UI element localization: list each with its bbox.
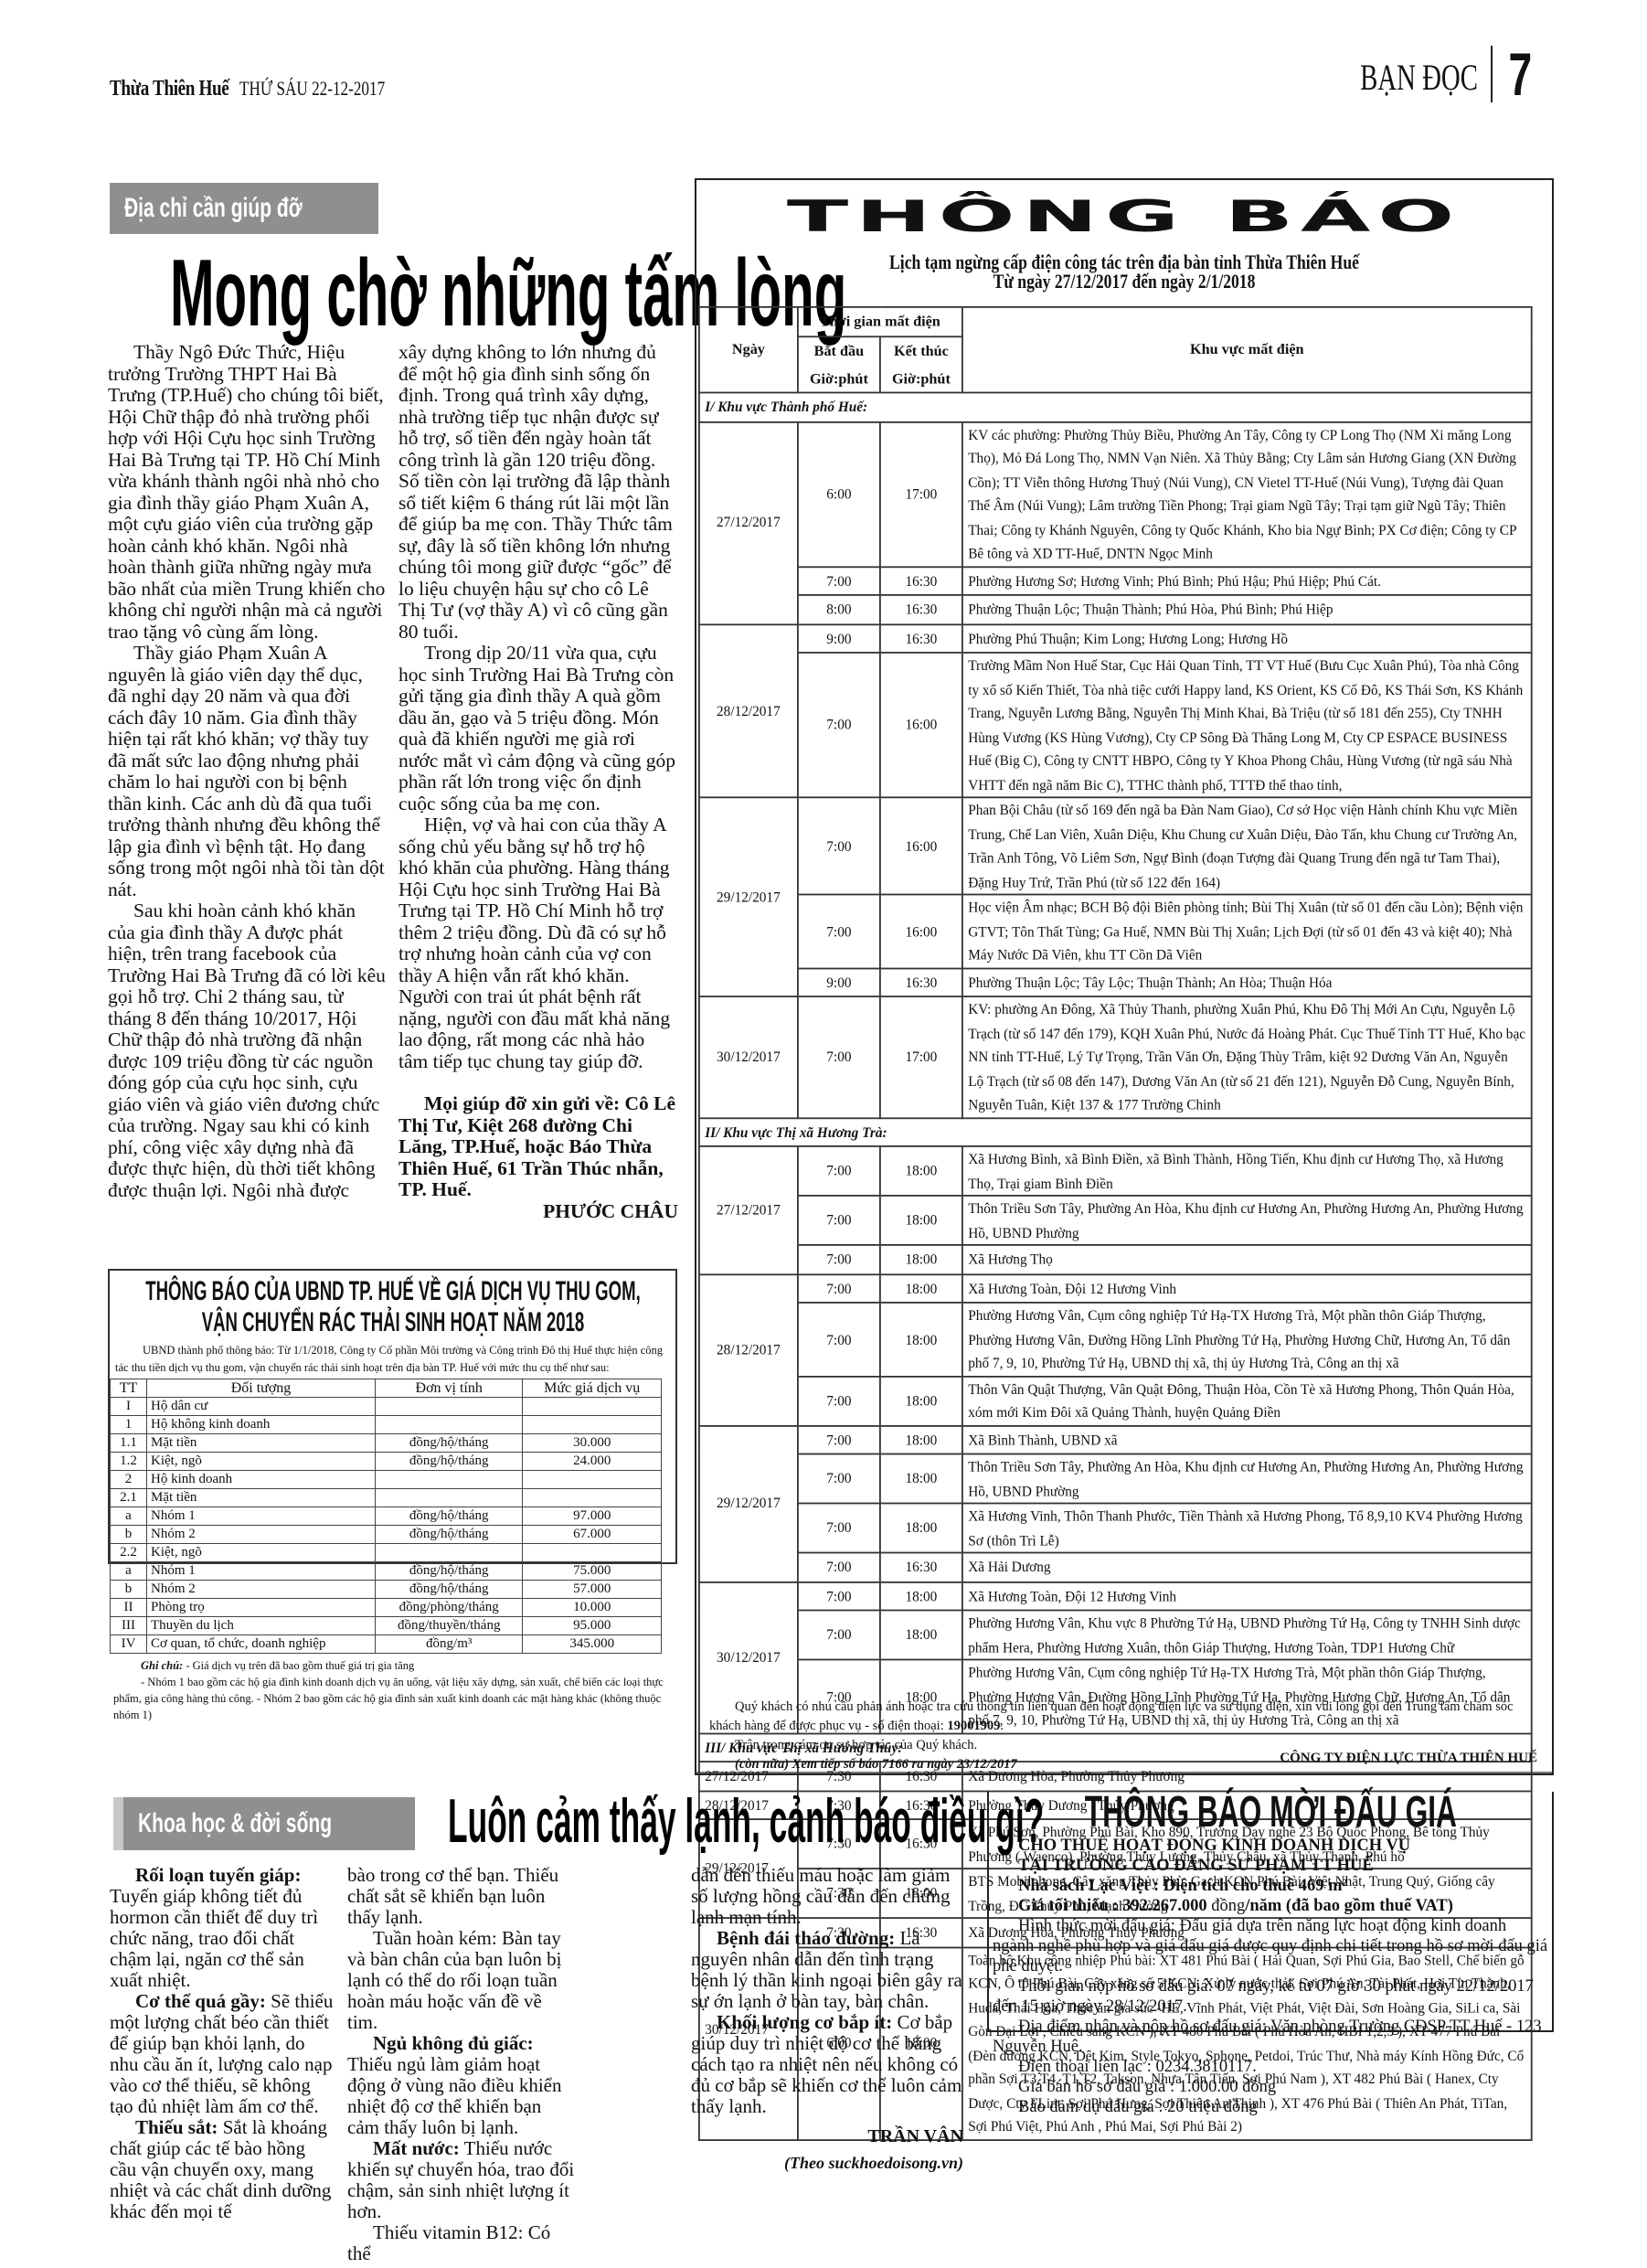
outage-date: 27/12/2017: [699, 421, 798, 623]
outage-start: 7:00: [798, 1196, 880, 1245]
table-cell: 97.000: [523, 1507, 662, 1526]
power-signature: CÔNG TY ĐIỆN LỰC THỪA THIÊN HUẾ: [1280, 1751, 1537, 1766]
table-cell: 30.000: [523, 1434, 662, 1453]
outage-start: 7:00: [798, 1376, 880, 1425]
outage-start: 7:00: [798, 1504, 880, 1553]
outage-row: 7:0018:00Phường Hương Vân, Khu vực 8 Phư…: [699, 1611, 1532, 1660]
paragraph: Khối lượng cơ bắp ít: Cơ bắp giúp duy tr…: [691, 2012, 963, 2117]
footer-text: Quý khách có nhu cầu phản ánh hoặc tra c…: [709, 1699, 1514, 1733]
table-cell: a: [111, 1507, 147, 1526]
section-label-text: Địa chỉ cần giúp đỡ: [124, 193, 303, 224]
table-cell: [376, 1544, 523, 1562]
paragraph-text: bào trong cơ thể bạn. Thiếu chất sắt sẽ …: [347, 1864, 558, 1928]
outage-area: Phường Thuận Lộc; Tây Lộc; Thuận Thành; …: [962, 968, 1532, 997]
note-1: - Giá dịch vụ trên đã bao gồm thuế giá t…: [183, 1659, 414, 1672]
outage-area: Xã Hương Vinh, Thôn Thanh Phước, Tiền Th…: [962, 1504, 1532, 1553]
section-title: I/ Khu vực Thành phố Huế:: [699, 393, 1532, 422]
paragraph: Thầy Ngô Đức Thức, Hiệu trưởng Trường TH…: [108, 342, 386, 643]
power-subtitle: Lịch tạm ngừng cấp điện công tác trên đị…: [782, 253, 1467, 271]
paragraph: Hiện, vợ và hai con của thầy A sống chủ …: [398, 815, 678, 1072]
auction-notice: THÔNG BÁO MỜI ĐẤU GIÁ CHO THUÊ HOẠT ĐỘNG…: [987, 1792, 1554, 2032]
paragraph: Thiếu vitamin B12: Có thể: [347, 2222, 576, 2264]
auction-paragraph: Điện thoại liên lạc : 0234.3810117.: [993, 2057, 1548, 2077]
garbage-fee-notice: THÔNG BÁO CỦA UBND TP. HUẾ VỀ GIÁ DỊCH V…: [108, 1269, 677, 1564]
table-cell: Cơ quan, tổ chức, doanh nghiệp: [147, 1635, 376, 1654]
outage-row: 30/12/20177:0018:00Xã Hương Toàn, Đội 12…: [699, 1581, 1532, 1611]
outage-start: 7:00: [798, 1454, 880, 1504]
outage-start: 7:00: [798, 566, 880, 595]
outage-end: 18:00: [880, 1425, 962, 1454]
paragraph-lead: Bệnh đái tháo đường:: [717, 1927, 895, 1949]
outage-row: 7:0018:00Phường Hương Vân, Cụm công nghi…: [699, 1303, 1532, 1376]
section-label-text: Khoa học & đời sống: [138, 1808, 332, 1839]
outage-row: 7:0018:00Thôn Triều Sơn Tây, Phường An H…: [699, 1454, 1532, 1504]
label-body: Khoa học & đời sống: [123, 1797, 415, 1850]
outage-end: 18:00: [880, 1273, 962, 1303]
table-cell: 2.1: [111, 1489, 147, 1507]
outage-end: 18:00: [880, 1611, 962, 1660]
paragraph: Thiếu sắt: Sắt là khoáng chất giúp các t…: [110, 2117, 335, 2222]
table-cell: đồng/hộ/tháng: [376, 1434, 523, 1453]
table-cell: Hộ không kinh doanh: [147, 1416, 376, 1434]
table-cell: Thuyền du lịch: [147, 1617, 376, 1635]
outage-area: Xã Bình Thành, UBND xã: [962, 1425, 1532, 1454]
paragraph-lead: Khối lượng cơ bắp ít:: [717, 2011, 892, 2033]
table-cell: [523, 1416, 662, 1434]
outage-end: 16:30: [880, 566, 962, 595]
outage-row: 8:0016:30Phường Thuận Lộc; Thuận Thành; …: [699, 595, 1532, 624]
outage-end: 18:00: [880, 1376, 962, 1425]
paragraph-lead: Thiếu sắt:: [135, 2116, 218, 2138]
table-cell: [523, 1471, 662, 1489]
headline-cold: Luôn cảm thấy lạnh, cảnh báo điều gì?: [448, 1787, 1044, 1855]
outage-end: 18:00: [880, 1245, 962, 1274]
table-cell: đồng/hộ/tháng: [376, 1581, 523, 1599]
header-start: Bắt đầu Giờ:phút: [798, 336, 880, 392]
outage-area: Phường Phú Thuận; Kim Long; Hương Long; …: [962, 623, 1532, 653]
header-date: Ngày: [699, 307, 798, 393]
column-header: Mức giá dịch vụ: [523, 1379, 662, 1398]
table-cell: Nhóm 1: [147, 1562, 376, 1581]
outage-end: 18:00: [880, 1196, 962, 1245]
table-cell: 10.000: [523, 1599, 662, 1617]
outage-end: 16:00: [880, 895, 962, 968]
paragraph-lead: Rối loạn tuyến giáp:: [135, 1864, 301, 1886]
outage-row: 9:0016:30Phường Thuận Lộc; Tây Lộc; Thuậ…: [699, 968, 1532, 997]
outage-row: 7:0018:00Xã Hương Thọ: [699, 1245, 1532, 1274]
outage-row: 7:0016:30Phường Hương Sơ; Hương Vinh; Ph…: [699, 566, 1532, 595]
auction-line2: TẠI TRƯỜNG CAO ĐẲNG SƯ PHẠM TT HUẾ: [993, 1856, 1548, 1876]
issue-date: THỨ SÁU 22-12-2017: [239, 77, 385, 101]
header-area: Khu vực mất điện: [962, 307, 1532, 393]
paragraph: Tuần hoàn kém: Bàn tay và bàn chân của b…: [347, 1928, 576, 2033]
table-cell: Hộ kinh doanh: [147, 1471, 376, 1489]
auction-paragraph: Hình thức mời đấu giá: Đấu giá dựa trên …: [993, 1916, 1548, 1976]
outage-area: KV: phường An Đông, Xã Thủy Thanh, phườn…: [962, 996, 1532, 1117]
paragraph: Sau khi hoàn cảnh khó khăn của gia đình …: [108, 900, 386, 1201]
outage-row: 7:0016:00Trường Mầm Non Huế Star, Cục Hả…: [699, 653, 1532, 797]
article-cold-col2: bào trong cơ thể bạn. Thiếu chất sắt sẽ …: [347, 1865, 576, 2264]
table-cell: Kiệt, ngõ: [147, 1544, 376, 1562]
article-help-col1: Thầy Ngô Đức Thức, Hiệu trưởng Trường TH…: [108, 342, 386, 1201]
table-cell: Nhóm 2: [147, 1581, 376, 1599]
section-label-help: Địa chỉ cần giúp đỡ: [110, 183, 353, 234]
table-cell: IV: [111, 1635, 147, 1654]
header-end: Kết thúc Giờ:phút: [880, 336, 962, 392]
masthead-divider: [1491, 46, 1493, 102]
outage-area: Phường Hương Sơ; Hương Vinh; Phú Bình; P…: [962, 566, 1532, 595]
paragraph-lead: Mất nước:: [373, 2137, 460, 2159]
table-cell: [523, 1544, 662, 1562]
note-2: - Nhóm 1 bao gồm các hộ gia đình kinh do…: [113, 1674, 672, 1723]
table-cell: Phòng trọ: [147, 1599, 376, 1617]
table-row: IVCơ quan, tổ chức, doanh nghiệpđồng/m³3…: [111, 1635, 662, 1654]
fee-title-line2: VẬN CHUYỂN RÁC THẢI SINH HOẠT NĂM 2018: [121, 1307, 664, 1338]
outage-date: 29/12/2017: [699, 1425, 798, 1581]
auction-paragraph: Bảo đảm dự đấu giá : 20 triệu đồng: [993, 2097, 1548, 2117]
table-cell: [376, 1471, 523, 1489]
table-cell: Mặt tiền: [147, 1489, 376, 1507]
auction-currency: đồng: [1211, 1897, 1245, 1915]
paragraph: dẫn đến thiếu máu hoặc làm giảm số lượng…: [691, 1865, 963, 1928]
auction-area: Nhà sách Lạc Việt : Diện tích cho thuê 4…: [993, 1876, 1548, 1896]
masthead-left: Thừa Thiên Huế THỨ SÁU 22-12-2017: [110, 77, 426, 101]
section-name: BẠN ĐỌC: [1360, 56, 1478, 102]
paragraph: bào trong cơ thể bạn. Thiếu chất sắt sẽ …: [347, 1865, 576, 1928]
paragraph: Rối loạn tuyến giáp: Tuyến giáp không ti…: [110, 1865, 335, 1991]
table-cell: đồng/phòng/tháng: [376, 1599, 523, 1617]
table-row: IHộ dân cư: [111, 1398, 662, 1416]
table-cell: III: [111, 1617, 147, 1635]
section-title: II/ Khu vực Thị xã Hương Trà:: [699, 1117, 1532, 1146]
table-cell: [523, 1489, 662, 1507]
table-cell: [376, 1398, 523, 1416]
table-cell: 24.000: [523, 1453, 662, 1471]
outage-row: 7:0018:00Xã Hương Vinh, Thôn Thanh Phước…: [699, 1504, 1532, 1553]
outage-start: 6:00: [798, 421, 880, 566]
label-body: Địa chỉ cần giúp đỡ: [110, 183, 378, 234]
outage-area: Xã Hương Toàn, Đội 12 Hương Vinh: [962, 1581, 1532, 1611]
outage-date: 28/12/2017: [699, 1273, 798, 1425]
outage-date: 30/12/2017: [699, 996, 798, 1117]
table-cell: Nhóm 2: [147, 1526, 376, 1544]
outage-area: Xã Hương Toàn, Đội 12 Hương Vinh: [962, 1273, 1532, 1303]
outage-end: 18:00: [880, 1303, 962, 1376]
table-cell: Kiệt, ngõ: [147, 1453, 376, 1471]
outage-area: Phường Hương Vân, Khu vực 8 Phường Tứ Hạ…: [962, 1611, 1532, 1660]
outage-row: 29/12/20177:0016:00Phan Bội Châu (từ số …: [699, 797, 1532, 894]
table-cell: đồng/m³: [376, 1635, 523, 1654]
table-cell: Nhóm 1: [147, 1507, 376, 1526]
paragraph-lead: Ngủ không đủ giấc:: [373, 2032, 534, 2054]
table-cell: 345.000: [523, 1635, 662, 1654]
outage-area: Phường Thuận Lộc; Thuận Thành; Phú Hòa, …: [962, 595, 1532, 624]
outage-start: 7:00: [798, 996, 880, 1117]
outage-start: 7:00: [798, 1245, 880, 1274]
auction-line1: CHO THUÊ HOẠT ĐỘNG KINH DOANH DỊCH VỤ: [993, 1836, 1548, 1856]
table-row: IIPhòng trọđồng/phòng/tháng10.000: [111, 1599, 662, 1617]
fee-intro: UBND thành phố thông báo: Từ 1/1/2018, C…: [110, 1338, 675, 1377]
outage-end: 16:00: [880, 653, 962, 797]
auction-paragraph: Giá bán hồ sơ đấu giá : 1.000.00 đồng: [993, 2077, 1548, 2097]
outage-area: KV các phường: Phường Thủy Biều, Phường …: [962, 421, 1532, 566]
table-cell: 1.1: [111, 1434, 147, 1453]
outage-start: 7:00: [798, 1273, 880, 1303]
outage-end: 16:30: [880, 1553, 962, 1582]
paper-name: Thừa Thiên Huế: [110, 77, 219, 101]
table-cell: 2: [111, 1471, 147, 1489]
byline-cold: TRẦN VÂN: [691, 2126, 963, 2147]
outage-start: 9:00: [798, 623, 880, 653]
outage-area: Phan Bội Châu (từ số 169 đến ngã ba Đàn …: [962, 797, 1532, 894]
table-row: 2Hộ kinh doanh: [111, 1471, 662, 1489]
table-row: bNhóm 2đồng/hộ/tháng57.000: [111, 1581, 662, 1599]
outage-row: 27/12/20176:0017:00KV các phường: Phường…: [699, 421, 1532, 566]
column-header: Đối tượng: [147, 1379, 376, 1398]
outage-start: 7:00: [798, 1146, 880, 1196]
table-cell: [376, 1489, 523, 1507]
outage-start: 7:00: [798, 797, 880, 894]
outage-start: 7:00: [798, 1553, 880, 1582]
auction-paragraphs: Hình thức mời đấu giá: Đấu giá dựa trên …: [993, 1916, 1548, 2117]
outage-start: 7:00: [798, 1581, 880, 1611]
outage-row: 28/12/20177:0018:00Xã Hương Toàn, Đội 12…: [699, 1273, 1532, 1303]
table-row: aNhóm 1đồng/hộ/tháng75.000: [111, 1562, 662, 1581]
auction-paragraph: Thời gian nộp hồ sơ đấu giá: 07 ngày, kể…: [993, 1976, 1548, 2017]
paragraph-text: Tuần hoàn kém: Bàn tay và bàn chân của b…: [347, 1927, 561, 2033]
table-cell: I: [111, 1398, 147, 1416]
article-cold-col1: Rối loạn tuyến giáp: Tuyến giáp không ti…: [110, 1865, 335, 2222]
table-cell: 57.000: [523, 1581, 662, 1599]
paragraph-text: Thiếu ngủ làm giảm hoạt động ở vùng não …: [347, 2053, 562, 2138]
outage-end: 16:00: [880, 797, 962, 894]
table-row: 1.1Mặt tiềnđồng/hộ/tháng30.000: [111, 1434, 662, 1453]
paragraph-text: Thiếu vitamin B12: Có thể: [347, 2221, 550, 2264]
contact-info: Mọi giúp đỡ xin gửi về: Cô Lê Thị Tư, Ki…: [398, 1093, 678, 1201]
fee-table: TTĐối tượngĐơn vị tínhMức giá dịch vụ IH…: [110, 1379, 662, 1654]
paragraph: Thầy giáo Phạm Xuân A nguyên là giáo viê…: [108, 643, 386, 900]
hotline-number[interactable]: 19001909: [947, 1719, 1000, 1733]
note-label: Ghi chú:: [141, 1659, 183, 1672]
source-cold[interactable]: (Theo suckhoedoisong.vn): [691, 2154, 963, 2173]
auction-price-note: /năm (đã bao gồm thuế VAT): [1245, 1897, 1453, 1915]
outage-date: 28/12/2017: [699, 623, 798, 797]
auction-min-price: Giá tối thiểu : 392.267.000: [1018, 1897, 1211, 1915]
table-row: aNhóm 1đồng/hộ/tháng97.000: [111, 1507, 662, 1526]
table-cell: a: [111, 1562, 147, 1581]
paragraph: Cơ thể quá gầy: Sẽ thiếu một lượng chất …: [110, 1991, 335, 2117]
power-date-range: Từ ngày 27/12/2017 đến ngày 2/1/2018: [782, 272, 1467, 290]
outage-row: 30/12/20177:0017:00KV: phường An Đông, X…: [699, 996, 1532, 1117]
article-cold-col3: dẫn đến thiếu máu hoặc làm giảm số lượng…: [691, 1865, 963, 2117]
table-cell: II: [111, 1599, 147, 1617]
article-help-col2: xây dựng không to lớn nhưng đủ để một hộ…: [398, 342, 678, 1222]
paragraph: Mất nước: Thiếu nước khiến sự chuyển hóa…: [347, 2138, 576, 2222]
outage-start: 9:00: [798, 968, 880, 997]
section-row: II/ Khu vực Thị xã Hương Trà:: [699, 1117, 1532, 1146]
outage-end: 16:30: [880, 595, 962, 624]
outage-area: Thôn Triều Sơn Tây, Phường An Hòa, Khu đ…: [962, 1454, 1532, 1504]
outage-row: 7:0018:00Thôn Vân Quật Thượng, Vân Quật …: [699, 1376, 1532, 1425]
fee-notice-title: THÔNG BÁO CỦA UBND TP. HUẾ VỀ GIÁ DỊCH V…: [121, 1276, 664, 1338]
outage-area: Thôn Vân Quật Thượng, Vân Quật Đông, Thu…: [962, 1376, 1532, 1425]
fee-intro-text: UBND thành phố thông báo: Từ 1/1/2018, C…: [115, 1342, 670, 1377]
outage-area: Học viện Âm nhạc; BCH Bộ đội Biên phòng …: [962, 895, 1532, 968]
table-row: IIIThuyền du lịchđồng/thuyền/tháng95.000: [111, 1617, 662, 1635]
outage-date: 29/12/2017: [699, 797, 798, 996]
table-cell: Hộ dân cư: [147, 1398, 376, 1416]
outage-row: 28/12/20179:0016:30Phường Phú Thuận; Kim…: [699, 623, 1532, 653]
table-cell: đồng/hộ/tháng: [376, 1526, 523, 1544]
table-cell: b: [111, 1526, 147, 1544]
power-outage-notice: THÔNG BÁO Lịch tạm ngừng cấp điện công t…: [695, 178, 1554, 1775]
paragraph: Bệnh đái tháo đường: Là nguyên nhân dẫn …: [691, 1928, 963, 2012]
table-cell: 95.000: [523, 1617, 662, 1635]
table-cell: 2.2: [111, 1544, 147, 1562]
table-cell: 67.000: [523, 1526, 662, 1544]
table-cell: đồng/hộ/tháng: [376, 1453, 523, 1471]
table-cell: đồng/hộ/tháng: [376, 1507, 523, 1526]
table-cell: Mặt tiền: [147, 1434, 376, 1453]
outage-start: 7:00: [798, 653, 880, 797]
outage-area: Xã Hương Bình, xã Bình Điền, xã Bình Thà…: [962, 1146, 1532, 1196]
table-cell: [376, 1416, 523, 1434]
fee-note: Ghi chú: - Giá dịch vụ trên đã bao gồm t…: [110, 1654, 675, 1723]
paragraph-text: dẫn đến thiếu máu hoặc làm giảm số lượng…: [691, 1864, 950, 1928]
outage-end: 18:00: [880, 1581, 962, 1611]
table-row: 1Hộ không kinh doanh: [111, 1416, 662, 1434]
outage-row: 27/12/20177:0018:00Xã Hương Bình, xã Bìn…: [699, 1146, 1532, 1196]
byline: PHƯỚC CHÂU: [398, 1201, 678, 1223]
outage-area: Xã Hương Thọ: [962, 1245, 1532, 1274]
outage-end: 18:00: [880, 1504, 962, 1553]
paragraph-lead: Cơ thể quá gầy:: [135, 1990, 266, 2012]
column-header: TT: [111, 1379, 147, 1398]
outage-start: 7:00: [798, 895, 880, 968]
masthead-right: BẠN ĐỌC 7: [1314, 46, 1537, 102]
table-row: 2.1Mặt tiền: [111, 1489, 662, 1507]
outage-row: 7:0018:00Thôn Triều Sơn Tây, Phường An H…: [699, 1196, 1532, 1245]
outage-row: 7:0016:30Xã Hải Dương: [699, 1553, 1532, 1582]
paragraph-text: Tuyến giáp không tiết đủ hormon cần thiế…: [110, 1885, 318, 1991]
outage-area: Trường Mầm Non Huế Star, Cục Hải Quan Tỉ…: [962, 653, 1532, 797]
auction-paragraph: Địa điểm nhận và nộp hồ sơ đấu giá: Văn …: [993, 2017, 1548, 2057]
table-cell: 1: [111, 1416, 147, 1434]
page-number: 7: [1509, 46, 1533, 102]
table-cell: 75.000: [523, 1562, 662, 1581]
outage-end: 16:30: [880, 623, 962, 653]
outage-row: 7:0016:00Học viện Âm nhạc; BCH Bộ đội Bi…: [699, 895, 1532, 968]
outage-end: 17:00: [880, 421, 962, 566]
outage-start: 7:00: [798, 1303, 880, 1376]
paragraph: Trong dịp 20/11 vừa qua, cựu học sinh Tr…: [398, 643, 678, 815]
table-cell: [523, 1398, 662, 1416]
outage-start: 7:00: [798, 1611, 880, 1660]
outage-end: 18:00: [880, 1146, 962, 1196]
section-label-science: Khoa học & đời sống: [113, 1797, 415, 1850]
table-cell: 1.2: [111, 1453, 147, 1471]
outage-start: 8:00: [798, 595, 880, 624]
outage-area: Xã Hải Dương: [962, 1553, 1532, 1582]
power-title: THÔNG BÁO: [568, 194, 1647, 240]
table-row: 2.2Kiệt, ngõ: [111, 1544, 662, 1562]
outage-end: 18:00: [880, 1454, 962, 1504]
outage-area: Thôn Triều Sơn Tây, Phường An Hòa, Khu đ…: [962, 1196, 1532, 1245]
table-row: bNhóm 2đồng/hộ/tháng67.000: [111, 1526, 662, 1544]
outage-date: 27/12/2017: [699, 1146, 798, 1274]
table-cell: đồng/hộ/tháng: [376, 1562, 523, 1581]
table-cell: b: [111, 1581, 147, 1599]
outage-start: 7:00: [798, 1425, 880, 1454]
paragraph: Ngủ không đủ giấc: Thiếu ngủ làm giảm ho…: [347, 2033, 576, 2138]
outage-row: 29/12/20177:0018:00Xã Bình Thành, UBND x…: [699, 1425, 1532, 1454]
outage-end: 17:00: [880, 996, 962, 1117]
paragraph: xây dựng không to lớn nhưng đủ để một hộ…: [398, 342, 678, 643]
auction-body: CHO THUÊ HOẠT ĐỘNG KINH DOANH DỊCH VỤ TẠ…: [989, 1836, 1552, 2117]
section-row: I/ Khu vực Thành phố Huế:: [699, 393, 1532, 422]
outage-end: 16:30: [880, 968, 962, 997]
auction-title: THÔNG BÁO MỜI ĐẤU GIÁ: [1085, 1790, 1457, 1836]
column-header: Đơn vị tính: [376, 1379, 523, 1398]
header-time: Thời gian mất điện: [798, 307, 962, 336]
outage-area: Phường Hương Vân, Cụm công nghiệp Tứ Hạ-…: [962, 1303, 1532, 1376]
table-row: 1.2Kiệt, ngõđồng/hộ/tháng24.000: [111, 1453, 662, 1471]
label-lead-block: [113, 1797, 123, 1850]
table-cell: đồng/thuyền/tháng: [376, 1617, 523, 1635]
fee-title-line1: THÔNG BÁO CỦA UBND TP. HUẾ VỀ GIÁ DỊCH V…: [121, 1276, 664, 1307]
